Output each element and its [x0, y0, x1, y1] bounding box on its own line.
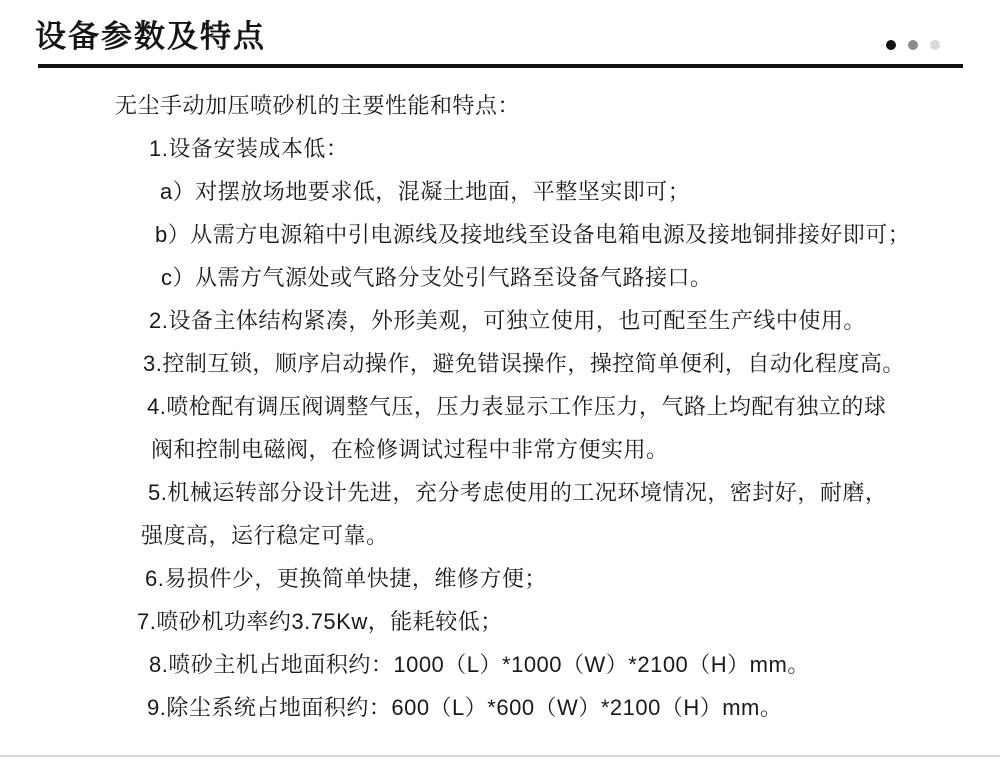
- list-item-8: 8.喷砂主机占地面积约：1000（L）*1000（W）*2100（H）mm。: [149, 643, 1000, 686]
- pager-dot-3: [930, 40, 940, 50]
- list-item-5: 5.机械运转部分设计先进，充分考虑使用的工况环境情况，密封好，耐磨，: [148, 471, 1000, 514]
- list-item-3: 3.控制互锁，顺序启动操作，避免错误操作，操控简单便利，自动化程度高。: [143, 342, 1000, 385]
- list-item-7: 7.喷砂机功率约3.75Kw，能耗较低；: [137, 600, 1000, 643]
- list-item-5-continued: 强度高，运行稳定可靠。: [141, 514, 1000, 557]
- pager-dot-1: [886, 40, 896, 50]
- list-item-9: 9.除尘系统占地面积约：600（L）*600（W）*2100（H）mm。: [147, 686, 1000, 729]
- list-item-6: 6.易损件少，更换简单快捷，维修方便；: [145, 557, 1000, 600]
- slide-header: 设备参数及特点: [0, 0, 1000, 70]
- pager-dots: [886, 40, 940, 50]
- page-title: 设备参数及特点: [35, 11, 266, 56]
- slide-page: 设备参数及特点 无尘手动加压喷砂机的主要性能和特点： 1.设备安装成本低： a）…: [0, 0, 1000, 768]
- list-item-4-continued: 阀和控制电磁阀，在检修调试过程中非常方便实用。: [151, 428, 1000, 471]
- list-item-1a: a）对摆放场地要求低，混凝土地面，平整坚实即可；: [160, 170, 1000, 213]
- list-item-1c: c）从需方气源处或气路分支处引气路至设备气路接口。: [161, 256, 1000, 299]
- intro-line: 无尘手动加压喷砂机的主要性能和特点：: [115, 84, 1000, 127]
- list-item-1b: b）从需方电源箱中引电源线及接地线至设备电箱电源及接地铜排接好即可；: [155, 213, 1000, 256]
- list-item-4: 4.喷枪配有调压阀调整气压，压力表显示工作压力，气路上均配有独立的球: [147, 385, 1000, 428]
- list-item-2: 2.设备主体结构紧凑，外形美观，可独立使用，也可配至生产线中使用。: [149, 299, 1000, 342]
- title-underline: [38, 64, 963, 68]
- bottom-rule: [0, 755, 1000, 757]
- list-item-1: 1.设备安装成本低：: [149, 127, 1000, 170]
- slide-body: 无尘手动加压喷砂机的主要性能和特点： 1.设备安装成本低： a）对摆放场地要求低…: [0, 84, 1000, 729]
- pager-dot-2: [908, 40, 918, 50]
